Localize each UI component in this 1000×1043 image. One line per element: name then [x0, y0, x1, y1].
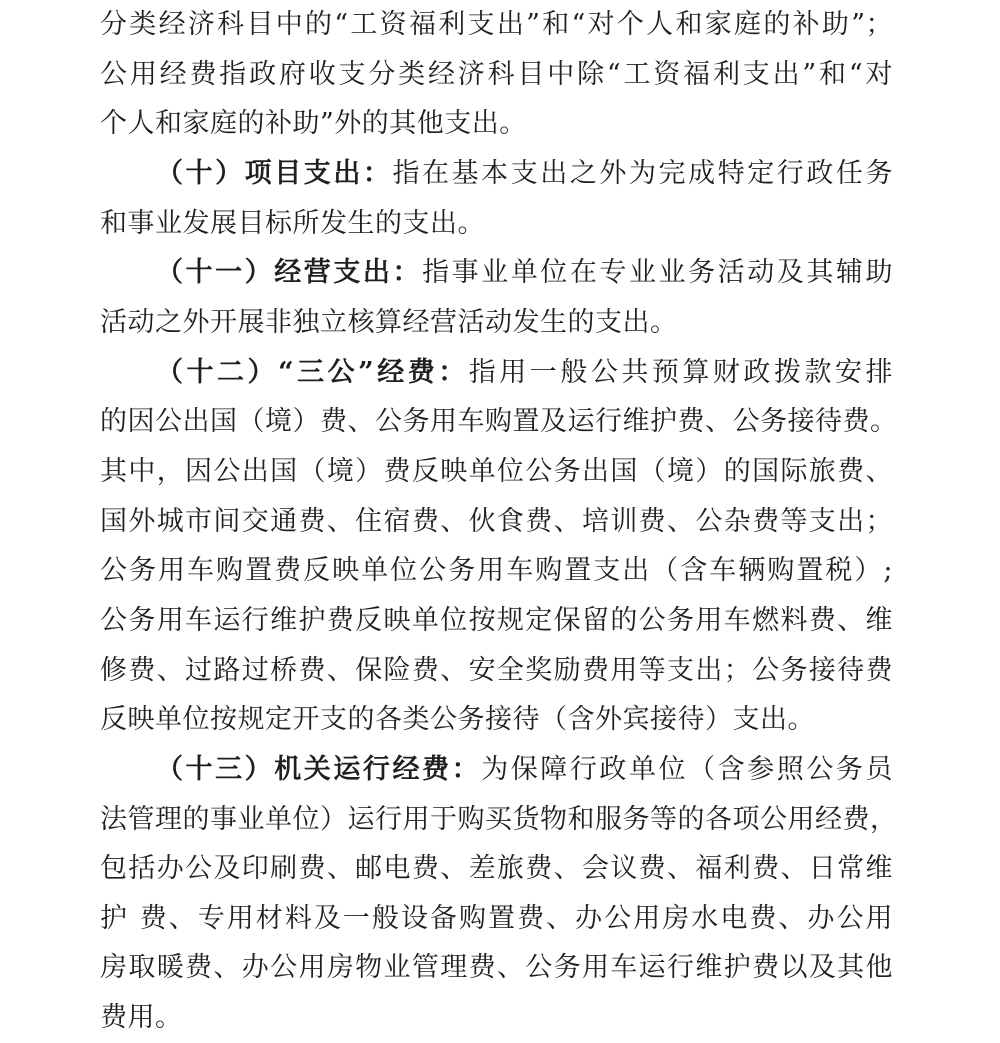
text-line: 包括办公及印刷费、邮电费、差旅费、会议费、福利费、日常维: [100, 844, 893, 894]
text-line: 国外城市间交通费、住宿费、伙食费、培训费、公杂费等支出；: [100, 497, 893, 547]
text-line: （十）项目支出：指在基本支出之外为完成特定行政任务: [100, 149, 893, 199]
paragraph-basic-expenditure-continued: 分类经济科目中的“工资福利支出”和“对个人和家庭的补助”；公用经费指政府收支分类…: [100, 0, 893, 149]
text-line: （十三）机关运行经费：为保障行政单位（含参照公务员: [100, 745, 893, 795]
paragraph-item-13-agency-operating-funds: （十三）机关运行经费：为保障行政单位（含参照公务员法管理的事业单位）运行用于购买…: [100, 745, 893, 1043]
text-run: 法管理的事业单位）运行用于购买货物和服务等的各项公用经费，: [100, 804, 898, 835]
text-run: 公务用车运行维护费反映单位按规定保留的公务用车燃料费、维: [100, 605, 893, 636]
definition-term: （十二）“三公”经费：: [156, 357, 469, 388]
text-run: 公务用车购置费反映单位公务用车购置支出（含车辆购置税）;: [100, 555, 893, 586]
paragraph-item-11-operating-expenditure: （十一）经营支出：指事业单位在专业业务活动及其辅助活动之外开展非独立核算经营活动…: [100, 248, 893, 347]
text-run: 指用一般公共预算财政拨款安排: [469, 357, 893, 388]
text-line: 其中，因公出国（境）费反映单位公务出国（境）的国际旅费、: [100, 447, 893, 497]
paragraph-item-12-three-public-funds: （十二）“三公”经费：指用一般公共预算财政拨款安排的因公出国（境）费、公务用车购…: [100, 348, 893, 745]
definition-term: （十三）机关运行经费：: [156, 754, 481, 785]
text-line: 的因公出国（境）费、公务用车购置及运行维护费、公务接待费。: [100, 397, 893, 447]
text-line: 反映单位按规定开支的各类公务接待（含外宾接待）支出。: [100, 695, 893, 745]
text-run: 修费、过路过桥费、保险费、安全奖励费用等支出；公务接待费: [100, 655, 893, 686]
text-line: 修费、过路过桥费、保险费、安全奖励费用等支出；公务接待费: [100, 646, 893, 696]
text-line: 和事业发展目标所发生的支出。: [100, 199, 893, 249]
text-run: 指事业单位在专业业务活动及其辅助: [422, 257, 893, 288]
text-run: 的因公出国（境）费、公务用车购置及运行维护费、公务接待费。: [100, 406, 898, 437]
text-run: 房取暖费、办公用房物业管理费、公务用车运行维护费以及其他: [100, 952, 893, 983]
text-line: （十一）经营支出：指事业单位在专业业务活动及其辅助: [100, 248, 893, 298]
text-run: 个人和家庭的补助”外的其他支出。: [100, 108, 527, 139]
text-line: 费用。: [100, 993, 893, 1043]
text-run: 指在基本支出之外为完成特定行政任务: [393, 158, 894, 189]
text-line: （十二）“三公”经费：指用一般公共预算财政拨款安排: [100, 348, 893, 398]
text-run: 分类经济科目中的“工资福利支出”和“对个人和家庭的补助”；: [100, 9, 893, 40]
text-run: 反映单位按规定开支的各类公务接待（含外宾接待）支出。: [100, 704, 815, 735]
text-line: 分类经济科目中的“工资福利支出”和“对个人和家庭的补助”；: [100, 0, 893, 50]
text-line: 活动之外开展非独立核算经营活动发生的支出。: [100, 298, 893, 348]
definition-term: （十）项目支出：: [156, 158, 393, 189]
document-body: 分类经济科目中的“工资福利支出”和“对个人和家庭的补助”；公用经费指政府收支分类…: [100, 0, 893, 1043]
text-run: 公用经费指政府收支分类经济科目中除“工资福利支出”和“对: [100, 59, 893, 90]
text-line: 个人和家庭的补助”外的其他支出。: [100, 99, 893, 149]
text-line: 法管理的事业单位）运行用于购买货物和服务等的各项公用经费，: [100, 795, 893, 845]
text-run: 护 费、专用材料及一般设备购置费、办公用房水电费、办公用: [100, 903, 893, 934]
paragraph-item-10-project-expenditure: （十）项目支出：指在基本支出之外为完成特定行政任务和事业发展目标所发生的支出。: [100, 149, 893, 248]
definition-term: （十一）经营支出：: [156, 257, 422, 288]
text-run: 包括办公及印刷费、邮电费、差旅费、会议费、福利费、日常维: [100, 853, 893, 884]
document-page: 分类经济科目中的“工资福利支出”和“对个人和家庭的补助”；公用经费指政府收支分类…: [0, 0, 1000, 1043]
text-run: 和事业发展目标所发生的支出。: [100, 208, 485, 239]
text-line: 房取暖费、办公用房物业管理费、公务用车运行维护费以及其他: [100, 943, 893, 993]
text-line: 公用经费指政府收支分类经济科目中除“工资福利支出”和“对: [100, 50, 893, 100]
text-line: 护 费、专用材料及一般设备购置费、办公用房水电费、办公用: [100, 894, 893, 944]
text-run: 为保障行政单位（含参照公务员: [481, 754, 893, 785]
text-run: 费用。: [100, 1002, 183, 1033]
text-run: 国外城市间交通费、住宿费、伙食费、培训费、公杂费等支出；: [100, 506, 893, 537]
text-run: 其中，因公出国（境）费反映单位公务出国（境）的国际旅费、: [100, 456, 893, 487]
text-line: 公务用车购置费反映单位公务用车购置支出（含车辆购置税）;: [100, 546, 893, 596]
text-line: 公务用车运行维护费反映单位按规定保留的公务用车燃料费、维: [100, 596, 893, 646]
text-run: 活动之外开展非独立核算经营活动发生的支出。: [100, 307, 678, 338]
